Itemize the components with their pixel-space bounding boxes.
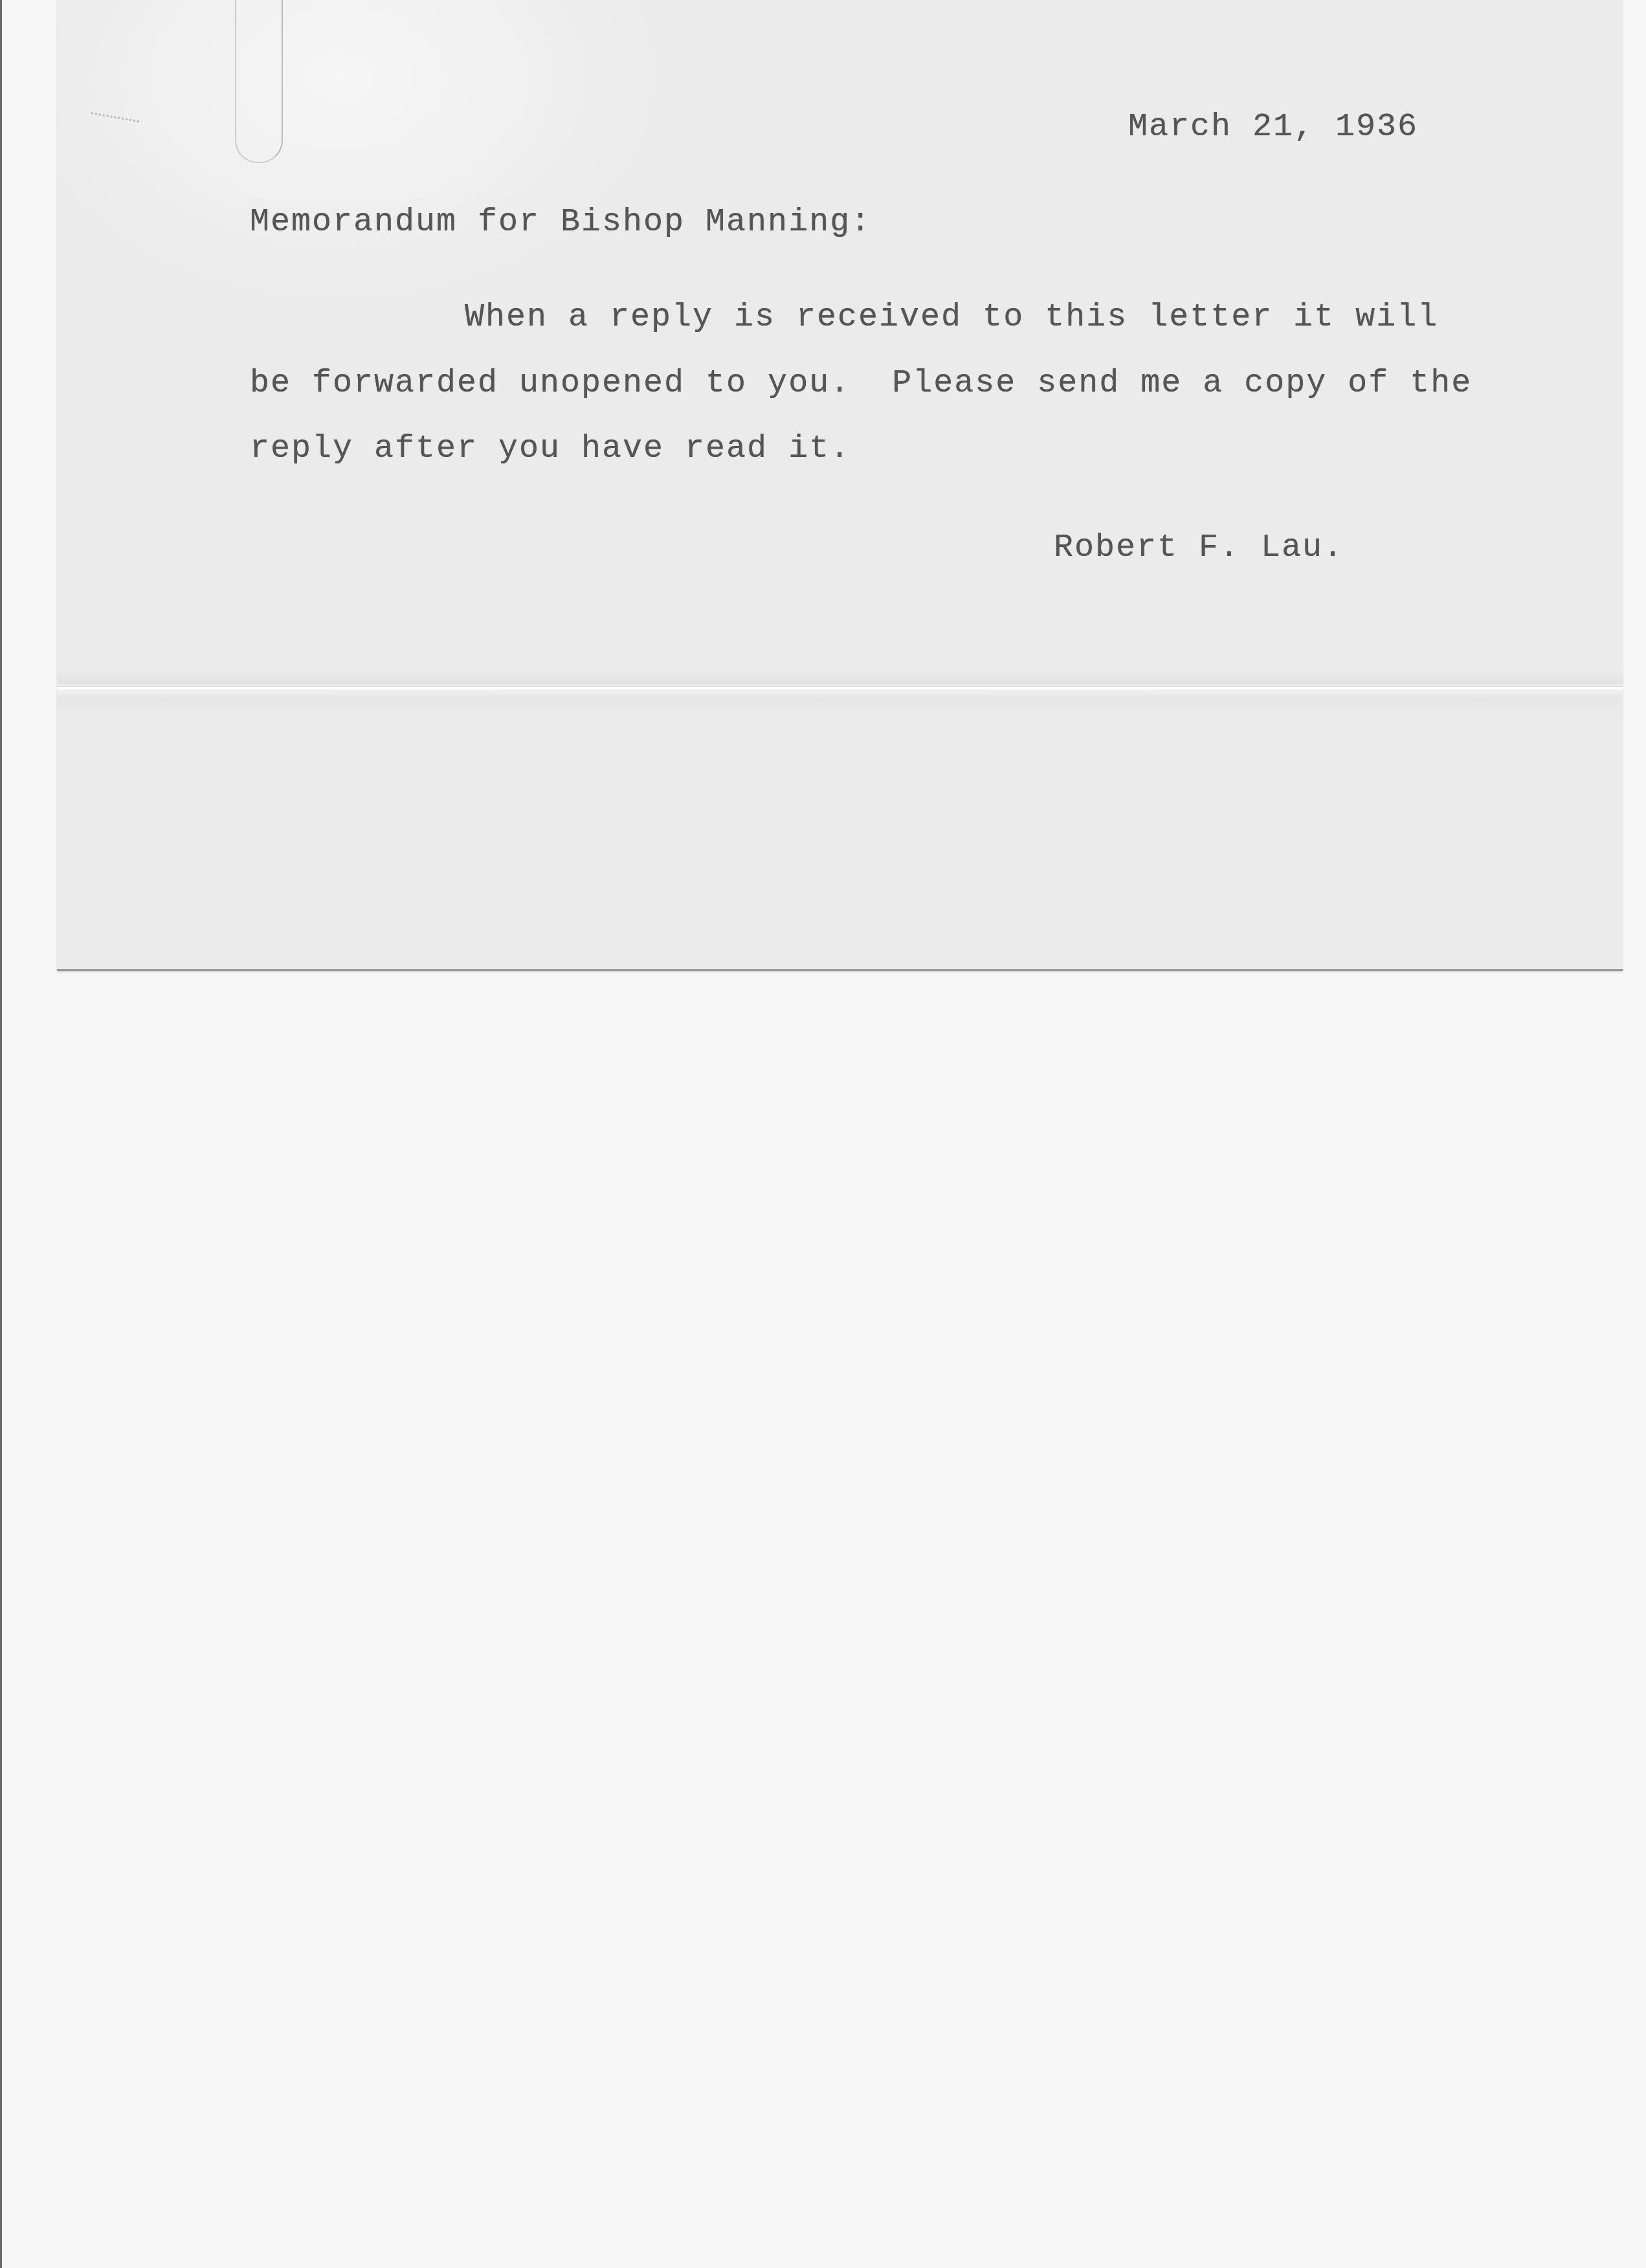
memo-body-line: When a reply is received to this letter … (465, 299, 1438, 336)
memo-date: March 21, 1936 (1128, 109, 1418, 146)
memo-body-line: be forwarded unopened to you. Please sen… (250, 365, 1472, 402)
fold-crease (57, 686, 1623, 689)
paperclip-impression (235, 0, 283, 163)
memo-signature: Robert F. Lau. (1054, 529, 1344, 566)
memo-paper: March 21, 1936 Memorandum for Bishop Man… (57, 0, 1623, 971)
memo-salutation: Memorandum for Bishop Manning: (250, 204, 871, 241)
scanner-edge (0, 0, 2, 2268)
paper-tear-mark (91, 93, 143, 123)
memo-body-line: reply after you have read it. (250, 430, 851, 467)
